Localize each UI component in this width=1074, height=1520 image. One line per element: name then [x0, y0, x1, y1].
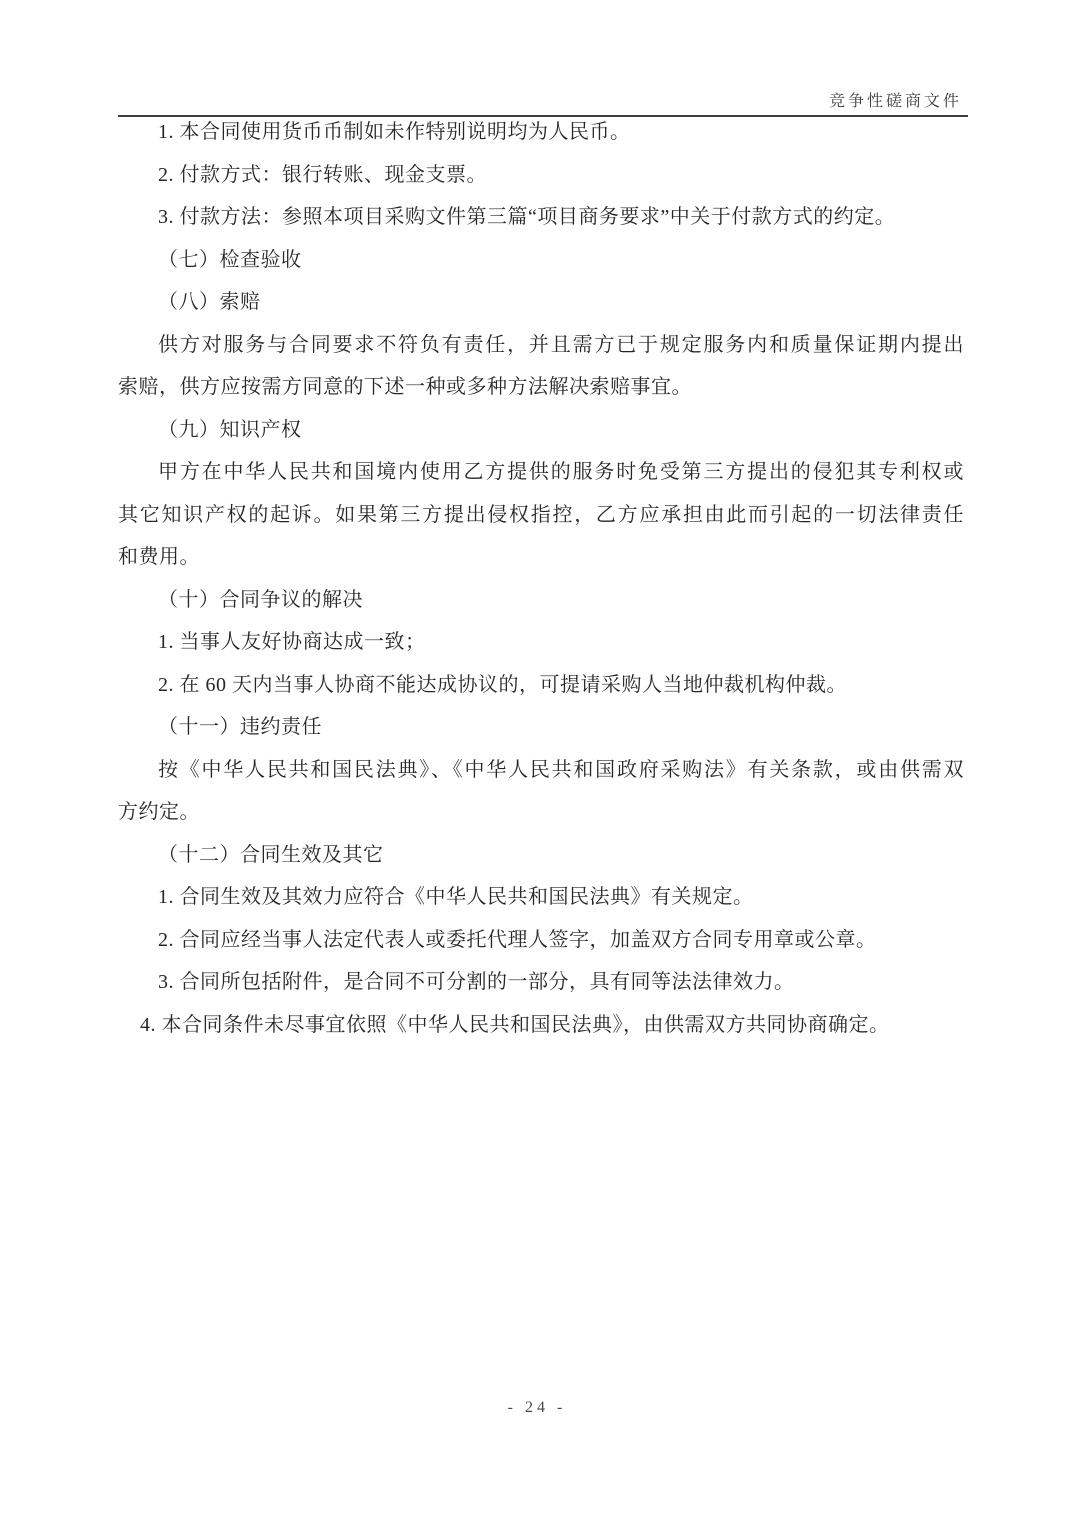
doc-line-effect-1: 1. 合同生效及其效力应符合《中华人民共和国民法典》有关规定。: [118, 876, 964, 919]
doc-line-effect-2: 2. 合同应经当事人法定代表人或委托代理人签字，加盖双方合同专用章或公章。: [118, 919, 964, 962]
doc-line-ip-2: 其它知识产权的起诉。如果第三方提出侵权指控，乙方应承担由此而引起的一切法律责任: [118, 494, 964, 537]
doc-line-payment-method: 3. 付款方法：参照本项目采购文件第三篇“项目商务要求”中关于付款方式的约定。: [118, 196, 964, 239]
doc-line-breach-2: 方约定。: [118, 791, 964, 834]
clause-heading-ip: （九）知识产权: [118, 409, 964, 452]
doc-line-claims-1: 供方对服务与合同要求不符负有责任，并且需方已于规定服务内和质量保证期内提出: [118, 324, 964, 367]
header-doc-title: 竞争性磋商文件: [829, 88, 962, 111]
doc-line-disputes-2: 2. 在 60 天内当事人协商不能达成协议的，可提请采购人当地仲裁机构仲裁。: [118, 664, 964, 707]
doc-line-effect-3: 3. 合同所包括附件，是合同不可分割的一部分，具有同等法法律效力。: [118, 961, 964, 1004]
doc-line-ip-3: 和费用。: [118, 536, 964, 579]
document-body: 1. 本合同使用货币币制如未作特别说明均为人民币。 2. 付款方式：银行转账、现…: [118, 111, 964, 1046]
doc-line-claims-2: 索赔，供方应按需方同意的下述一种或多种方法解决索赔事宜。: [118, 366, 964, 409]
document-page: 竞争性磋商文件 1. 本合同使用货币币制如未作特别说明均为人民币。 2. 付款方…: [0, 0, 1074, 1520]
doc-line-payment-type: 2. 付款方式：银行转账、现金支票。: [118, 154, 964, 197]
doc-line-disputes-1: 1. 当事人友好协商达成一致；: [118, 621, 964, 664]
doc-line-ip-1: 甲方在中华人民共和国境内使用乙方提供的服务时免受第三方提出的侵犯其专利权或: [118, 451, 964, 494]
doc-line-breach-1: 按《中华人民共和国民法典》、《中华人民共和国政府采购法》有关条款，或由供需双: [118, 749, 964, 792]
doc-line-effect-4: 4. 本合同条件未尽事宜依照《中华人民共和国民法典》，由供需双方共同协商确定。: [118, 1004, 964, 1047]
clause-heading-claims: （八）索赔: [118, 281, 964, 324]
clause-heading-breach: （十一）违约责任: [118, 706, 964, 749]
page-footer: - 24 -: [0, 1399, 1074, 1417]
clause-heading-inspection: （七）检查验收: [118, 239, 964, 282]
clause-heading-effectiveness: （十二）合同生效及其它: [118, 834, 964, 877]
clause-heading-disputes: （十）合同争议的解决: [118, 579, 964, 622]
page-number: - 24 -: [508, 1399, 567, 1416]
doc-line-currency: 1. 本合同使用货币币制如未作特别说明均为人民币。: [118, 111, 964, 154]
